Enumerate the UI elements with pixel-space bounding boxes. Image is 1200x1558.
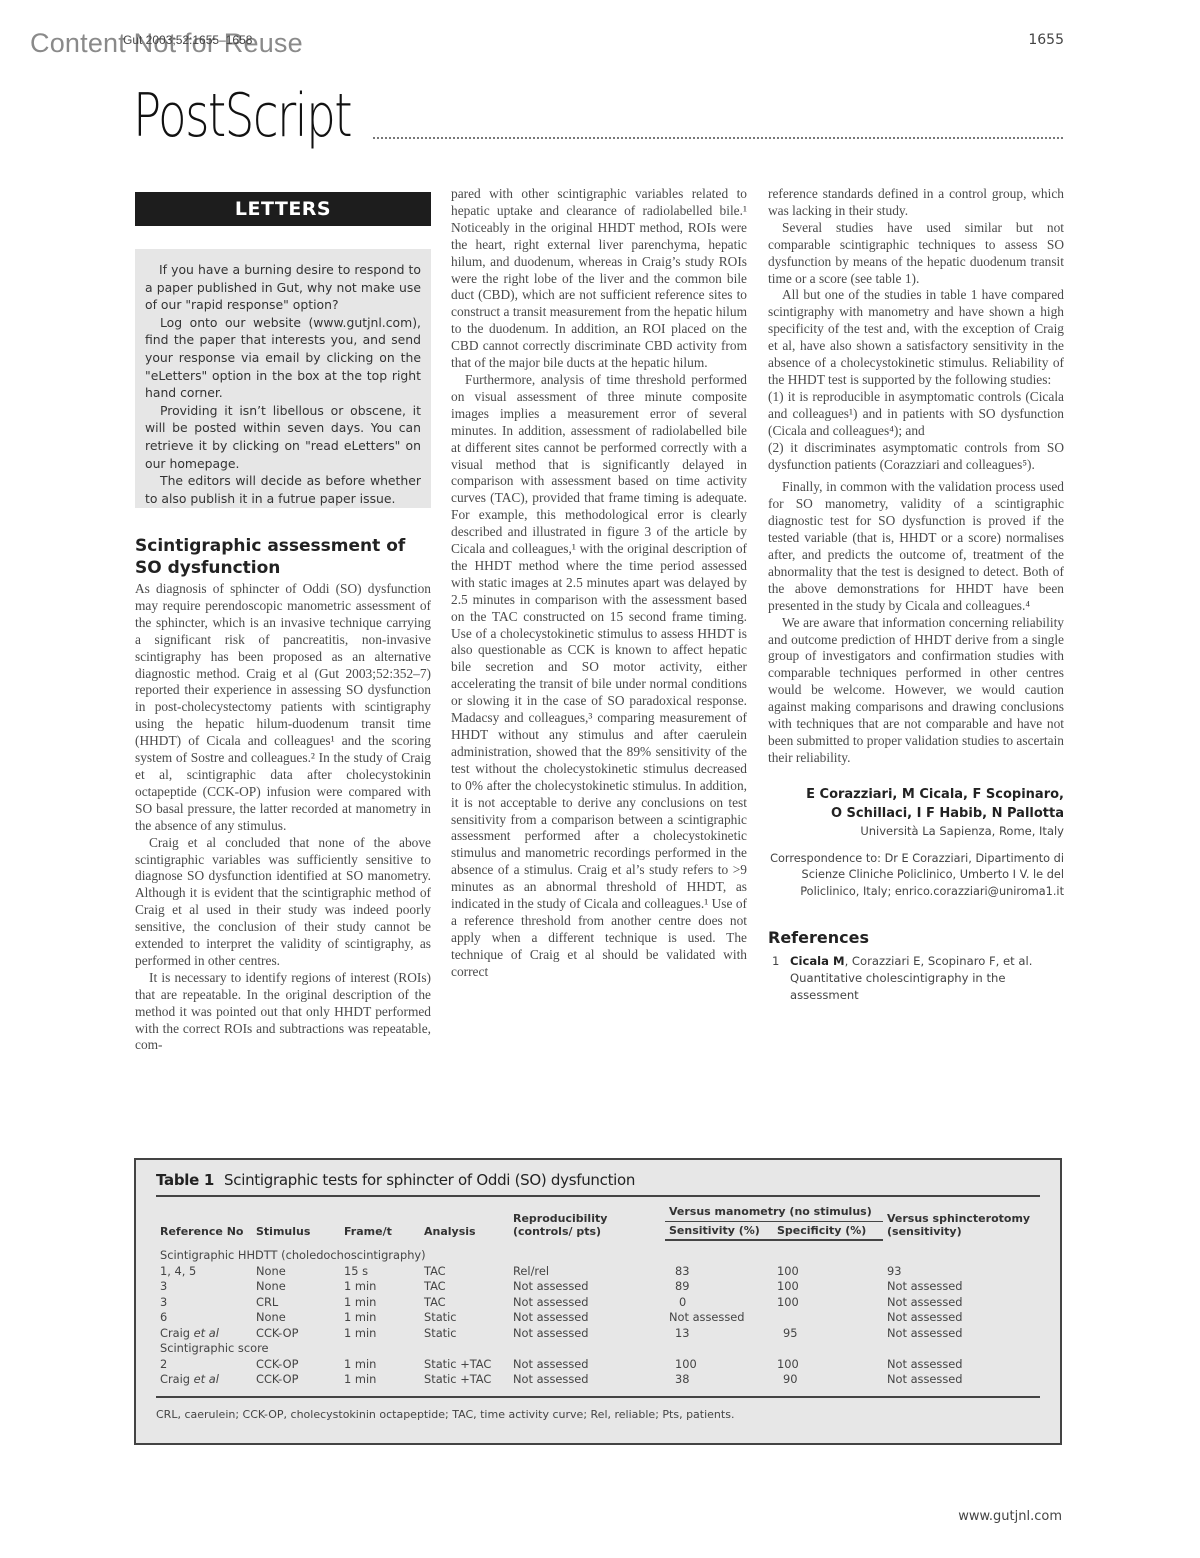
cell-frame: 15 s [340,1264,420,1280]
column-header: Sensitivity (%) [665,1222,773,1241]
article-title: Scintigraphic assessment of SO dysfuncti… [135,535,431,579]
cell-reproducibility: Not assessed [509,1326,665,1342]
craig-author: Craig [160,1372,194,1386]
cell-reproducibility: Rel/rel [509,1264,665,1280]
table-row: Craig et al CCK-OP 1 min Static Not asse… [156,1326,1040,1342]
et-al: et al [194,1326,219,1340]
cell-specificity: 100 [773,1295,883,1311]
table-label: Table 1 [156,1171,214,1189]
body-paragraph: As diagnosis of sphincter of Oddi (SO) d… [135,581,431,835]
cell-reproducibility: Not assessed [509,1357,665,1373]
cell-reproducibility: Not assessed [509,1279,665,1295]
cell-reproducibility: Not assessed [509,1295,665,1311]
footer-url: www.gutjnl.com [958,1509,1062,1524]
cell-reference: 2 [156,1357,252,1373]
cell-sphincterotomy: Not assessed [883,1326,1040,1342]
body-paragraph: All but one of the studies in table 1 ha… [768,287,1064,388]
table-section-title: Scintigraphic HHDTT (choledochoscintigra… [156,1240,1040,1264]
cell-analysis: Static +TAC [420,1372,509,1394]
numbered-list-item: (2) it discriminates asymptomatic contro… [768,440,1064,474]
cell-sensitivity: 13 [665,1326,773,1342]
cell-frame: 1 min [340,1357,420,1373]
craig-author: Craig [160,1326,194,1340]
numbered-list-item: (1) it is reproducible in asymptomatic c… [768,389,1064,440]
body-paragraph: Finally, in common with the validation p… [768,479,1064,614]
table-section-title: Scintigraphic score [156,1341,1040,1357]
table-row: Craig et al CCK-OP 1 min Static +TAC Not… [156,1372,1040,1394]
column-2: pared with other scintigraphic variables… [451,186,747,981]
table-footnote: CRL, caerulein; CCK-OP, cholecystokinin … [156,1396,1040,1421]
column-header: Versus sphincterotomy (sensitivity) [883,1196,1040,1240]
body-paragraph: Furthermore, analysis of time threshold … [451,372,747,981]
cell-stimulus: CCK-OP [252,1372,340,1394]
cell-sphincterotomy: Not assessed [883,1372,1040,1394]
cell-specificity: 100 [773,1279,883,1295]
column-group-header: Versus manometry (no stimulus) [665,1196,883,1222]
column-header: Specificity (%) [773,1222,883,1241]
author-names: O Schillaci, I F Habib, N Pallotta [768,804,1064,823]
cell-stimulus: None [252,1310,340,1326]
letters-paragraph: Log onto our website (www.gutjnl.com), f… [145,314,421,402]
dotted-rule [373,137,1063,139]
table-row: 2 CCK-OP 1 min Static +TAC Not assessed … [156,1357,1040,1373]
letters-header: LETTERS [135,192,431,226]
table-row: 3 CRL 1 min TAC Not assessed 0 100 Not a… [156,1295,1040,1311]
author-signature: E Corazziari, M Cicala, F Scopinaro, O S… [768,785,1064,839]
author-names: E Corazziari, M Cicala, F Scopinaro, [768,785,1064,804]
cell-frame: 1 min [340,1295,420,1311]
letters-paragraph: If you have a burning desire to respond … [145,261,421,314]
cell-specificity [773,1310,883,1326]
cell-analysis: Static +TAC [420,1357,509,1373]
letters-paragraph: The editors will decide as before whethe… [145,472,421,507]
cell-analysis: TAC [420,1279,509,1295]
cell-specificity: 100 [773,1357,883,1373]
cell-reproducibility: Not assessed [509,1310,665,1326]
author-affiliation: Università La Sapienza, Rome, Italy [768,823,1064,839]
reference-first-author: Cicala M [790,954,845,968]
cell-reference: 3 [156,1295,252,1311]
column-header: Analysis [420,1196,509,1240]
cell-stimulus: CRL [252,1295,340,1311]
cell-sensitivity: Not assessed [665,1310,773,1326]
cell-reference: Craig et al [156,1326,252,1342]
cell-reference: 3 [156,1279,252,1295]
references-heading: References [768,930,1064,947]
cell-analysis: TAC [420,1264,509,1280]
column-header: Reproducibility (controls/ pts) [509,1196,665,1240]
cell-specificity: 90 [773,1372,883,1394]
cell-stimulus: None [252,1264,340,1280]
cell-reference: 6 [156,1310,252,1326]
column-header: Frame/t [340,1196,420,1240]
column-3: reference standards defined in a control… [768,186,1064,1004]
cell-reference: Craig et al [156,1372,252,1394]
correspondence: Correspondence to: Dr E Corazziari, Dipa… [768,851,1064,901]
body-paragraph: It is necessary to identify regions of i… [135,970,431,1055]
cell-frame: 1 min [340,1310,420,1326]
table-1: Table 1Scintigraphic tests for sphincter… [134,1158,1062,1445]
cell-reproducibility: Not assessed [509,1372,665,1394]
cell-sphincterotomy: Not assessed [883,1310,1040,1326]
reference-text: Cicala M, Corazziari E, Scopinaro F, et … [790,953,1064,1004]
table-row: 3 None 1 min TAC Not assessed 89 100 Not… [156,1279,1040,1295]
letters-info-box: If you have a burning desire to respond … [135,249,431,508]
et-al: et al [194,1372,219,1386]
cell-frame: 1 min [340,1326,420,1342]
cell-sphincterotomy: Not assessed [883,1295,1040,1311]
reference-item: 1 Cicala M, Corazziari E, Scopinaro F, e… [768,953,1064,1004]
section-masthead-title: PostScript [133,81,351,151]
page-number: 1655 [1028,32,1064,48]
cell-sensitivity: 100 [665,1357,773,1373]
masthead: PostScript [133,76,1063,151]
cell-specificity: 100 [773,1264,883,1280]
data-table: Reference No Stimulus Frame/t Analysis R… [156,1195,1040,1394]
cell-sphincterotomy: 93 [883,1264,1040,1280]
cell-sensitivity: 38 [665,1372,773,1394]
reference-number: 1 [768,953,790,1004]
body-paragraph: reference standards defined in a control… [768,186,1064,220]
cell-stimulus: CCK-OP [252,1326,340,1342]
cell-analysis: Static [420,1326,509,1342]
running-head: Gut 2003;52:1655–1658 [123,33,252,47]
table-row: 1, 4, 5 None 15 s TAC Rel/rel 83 100 93 [156,1264,1040,1280]
body-paragraph: Several studies have used similar but no… [768,220,1064,288]
cell-sensitivity: 83 [665,1264,773,1280]
cell-frame: 1 min [340,1279,420,1295]
cell-sensitivity: 0 [665,1295,773,1311]
body-paragraph: Craig et al concluded that none of the a… [135,835,431,970]
column-1: LETTERS If you have a burning desire to … [135,186,431,1054]
table-caption: Table 1Scintigraphic tests for sphincter… [156,1171,1040,1189]
cell-sphincterotomy: Not assessed [883,1357,1040,1373]
cell-analysis: TAC [420,1295,509,1311]
cell-specificity: 95 [773,1326,883,1342]
cell-reference: 1, 4, 5 [156,1264,252,1280]
column-header: Stimulus [252,1196,340,1240]
cell-frame: 1 min [340,1372,420,1394]
cell-sensitivity: 89 [665,1279,773,1295]
cell-analysis: Static [420,1310,509,1326]
table-row: 6 None 1 min Static Not assessed Not ass… [156,1310,1040,1326]
column-header: Reference No [156,1196,252,1240]
body-paragraph: We are aware that information concerning… [768,615,1064,767]
cell-stimulus: None [252,1279,340,1295]
cell-sphincterotomy: Not assessed [883,1279,1040,1295]
letters-paragraph: Providing it isn’t libellous or obscene,… [145,402,421,472]
body-paragraph: pared with other scintigraphic variables… [451,186,747,372]
cell-stimulus: CCK-OP [252,1357,340,1373]
table-caption-text: Scintigraphic tests for sphincter of Odd… [224,1171,635,1189]
